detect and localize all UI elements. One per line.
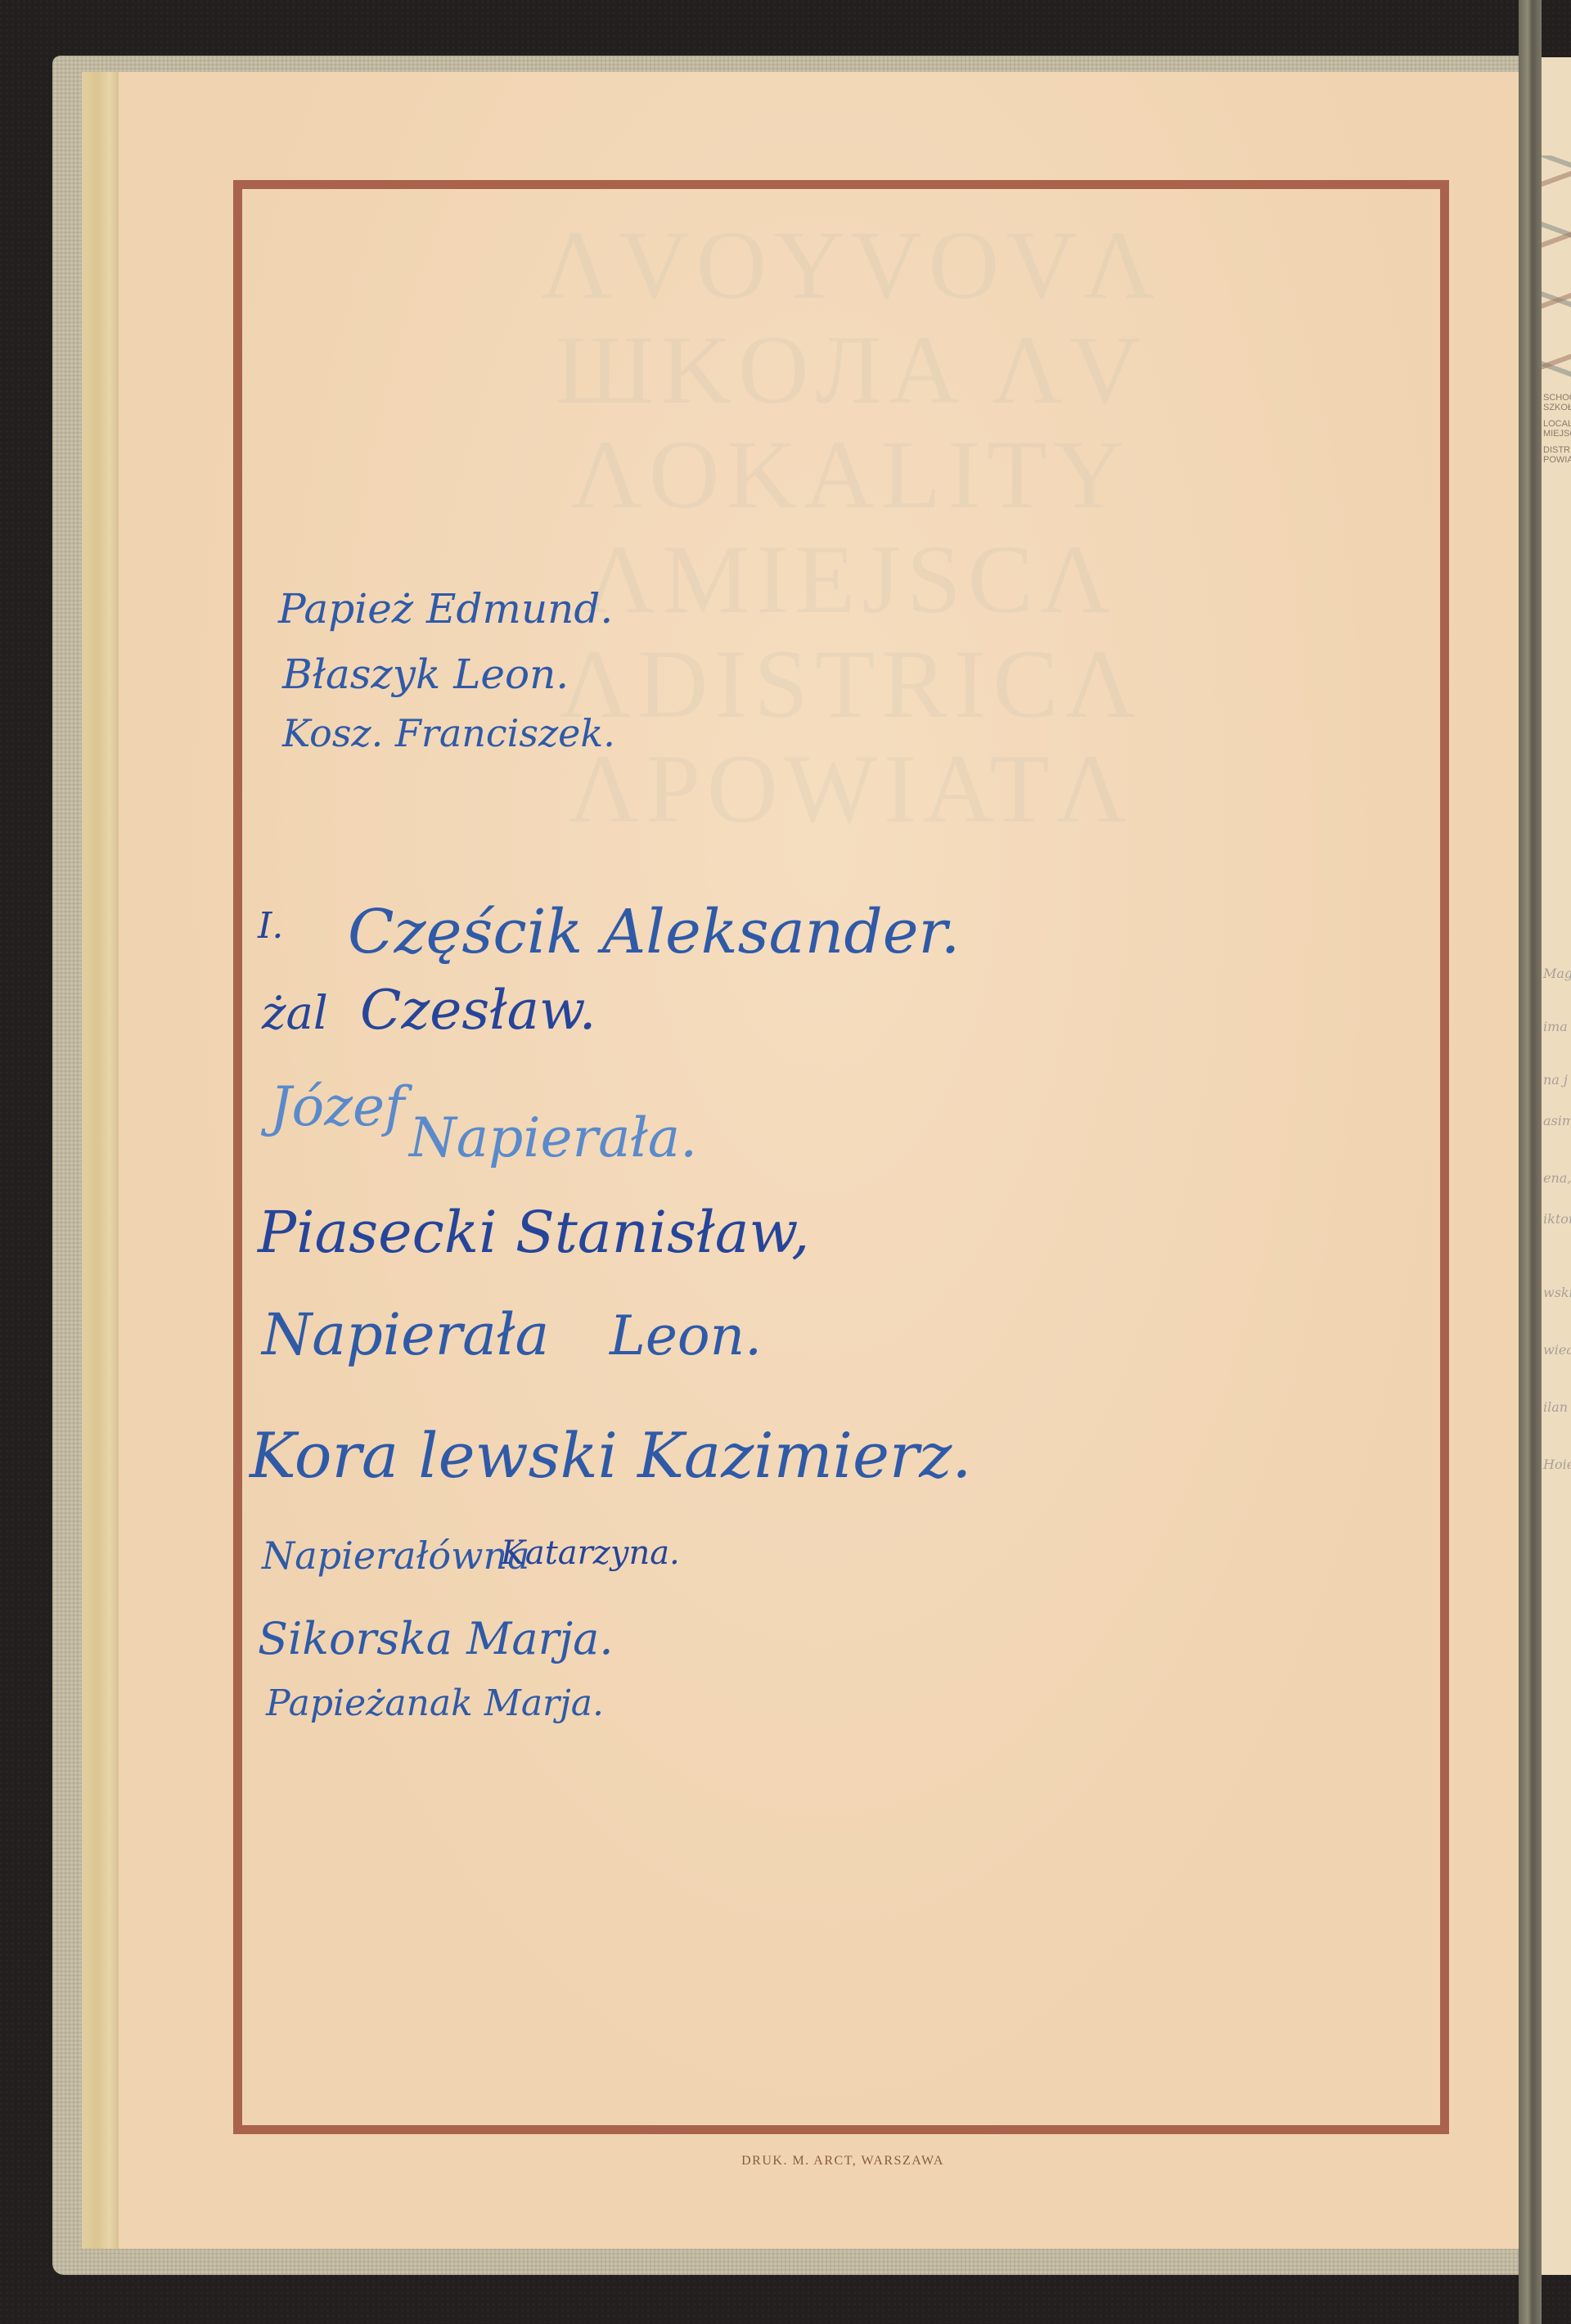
entry-roman-numeral-one: I.	[258, 905, 283, 947]
entry-piasecki-stanislaw: Piasecki Stanisław,	[258, 1199, 809, 1266]
printer-imprint: DRUK. M. ARCT, WARSZAWA	[720, 2154, 966, 2169]
entry-kosz-franciszek: Kosz. Franciszek.	[282, 711, 615, 755]
entry-papiezanak-marja: Papieżanak Marja.	[266, 1682, 604, 1724]
entry-koralewski-kazimierz: Kora lewski Kazimierz.	[250, 1419, 971, 1492]
right-label: MIEJSCOW	[1543, 429, 1571, 439]
entry-napierala-2: Napierała	[262, 1301, 549, 1368]
right-page-edge: SCHOOL SZKOŁA LOCALITY MIEJSCOW DISTRICT…	[1542, 57, 1571, 2275]
right-handwriting: asimie	[1543, 1113, 1571, 1128]
right-label: SCHOOL	[1543, 393, 1571, 403]
right-handwriting: Maga	[1543, 966, 1571, 981]
handwritten-name-list: Papież Edmund. Błaszyk Leon. Kosz. Franc…	[0, 0, 1571, 2324]
right-handwriting: ilan	[1543, 1399, 1568, 1415]
entry-jozef: Józef	[270, 1075, 404, 1138]
right-label: SZKOŁA	[1543, 403, 1571, 412]
right-handwriting: ima	[1543, 1019, 1568, 1034]
entry-czescik-aleksander: Częścik Aleksander.	[348, 897, 960, 967]
right-handwriting: Hoie	[1543, 1457, 1571, 1472]
right-label: LOCALITY	[1543, 419, 1571, 429]
right-handwriting: ena, M	[1543, 1170, 1571, 1186]
right-label: POWIAT	[1543, 455, 1571, 465]
entry-papiez-edmund: Papież Edmund.	[278, 585, 613, 633]
right-handwriting: wski,	[1543, 1285, 1571, 1300]
right-page-ornament	[1542, 155, 1571, 401]
right-handwriting: na j	[1543, 1072, 1568, 1088]
entry-sikorska-marja: Sikorska Marja.	[258, 1613, 614, 1664]
entry-napieralowna: Napierałówna	[262, 1534, 530, 1578]
entry-czeslaw: Czesław.	[360, 979, 596, 1042]
entry-napierala: Napierała.	[409, 1106, 697, 1169]
entry-leon: Leon.	[610, 1304, 762, 1367]
right-handwriting: iktor L	[1543, 1211, 1571, 1227]
entry-blaszyk-leon: Błaszyk Leon.	[282, 651, 569, 698]
right-label: DISTRICT	[1543, 445, 1571, 455]
entry-zal: żal	[262, 987, 328, 1040]
right-handwriting: wieak	[1543, 1342, 1571, 1358]
book-gutter	[1519, 0, 1542, 2324]
entry-katarzyna: Katarzyna.	[501, 1534, 680, 1572]
